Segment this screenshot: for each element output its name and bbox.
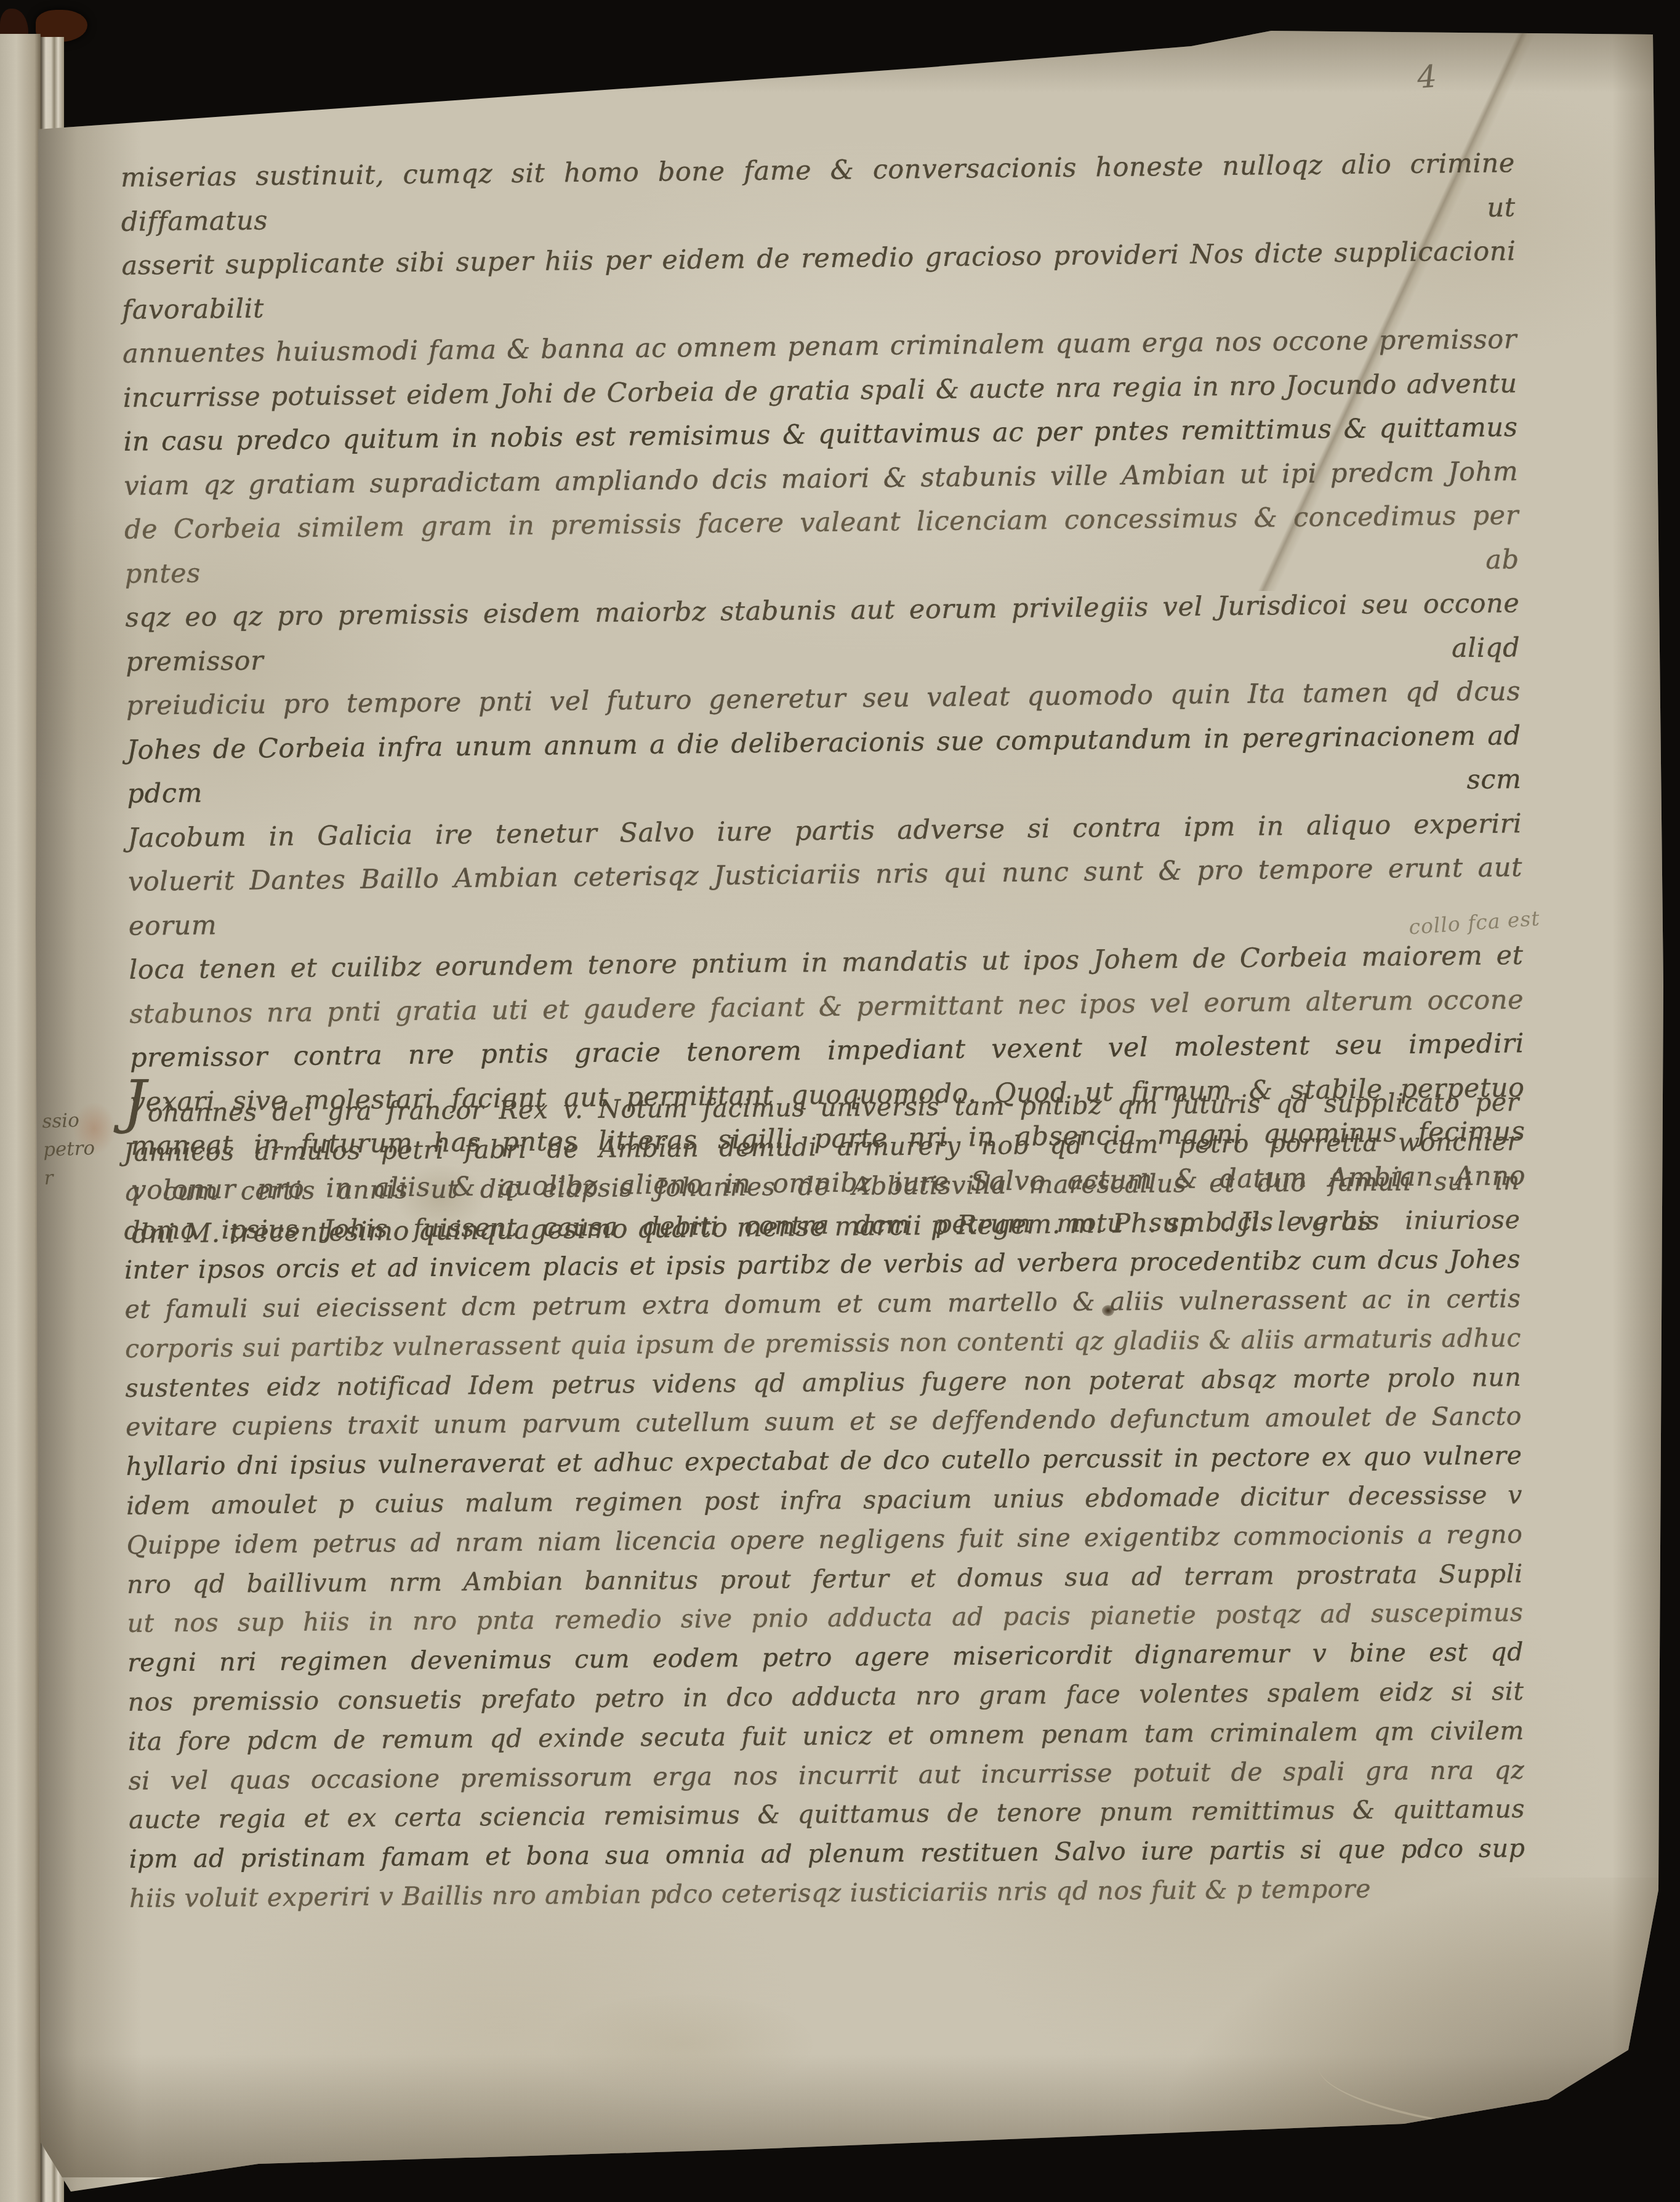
- entry-2-text-block: Johannes dei gra francor Rex v. Notum fa…: [123, 1083, 1525, 1919]
- manuscript-line: de Corbeia similem gram in premissis fac…: [124, 494, 1519, 597]
- manuscript-line: Johes de Corbeia infra unum annum a die …: [126, 714, 1521, 817]
- parchment-page: 4 miserias sustinuit, cumqz sit homo bon…: [0, 0, 1680, 2202]
- manuscript-line: miserias sustinuit, cumqz sit homo bone …: [121, 142, 1516, 244]
- manuscript-photo: 4 miserias sustinuit, cumqz sit homo bon…: [0, 0, 1680, 2202]
- facing-page-edge: [0, 34, 41, 2202]
- manuscript-line: sqz eo qz pro premissis eisdem maiorbz s…: [125, 582, 1520, 685]
- water-stain: [554, 1995, 813, 2093]
- bottom-right-corner-curl: [1170, 1878, 1680, 2202]
- manuscript-line: asserit supplicante sibi super hiis per …: [121, 230, 1516, 332]
- folio-number: 4: [1416, 58, 1438, 95]
- right-edge-shading: [1612, 0, 1668, 2202]
- manuscript-line: voluerit Dantes Baillo Ambian ceterisqz …: [128, 846, 1523, 949]
